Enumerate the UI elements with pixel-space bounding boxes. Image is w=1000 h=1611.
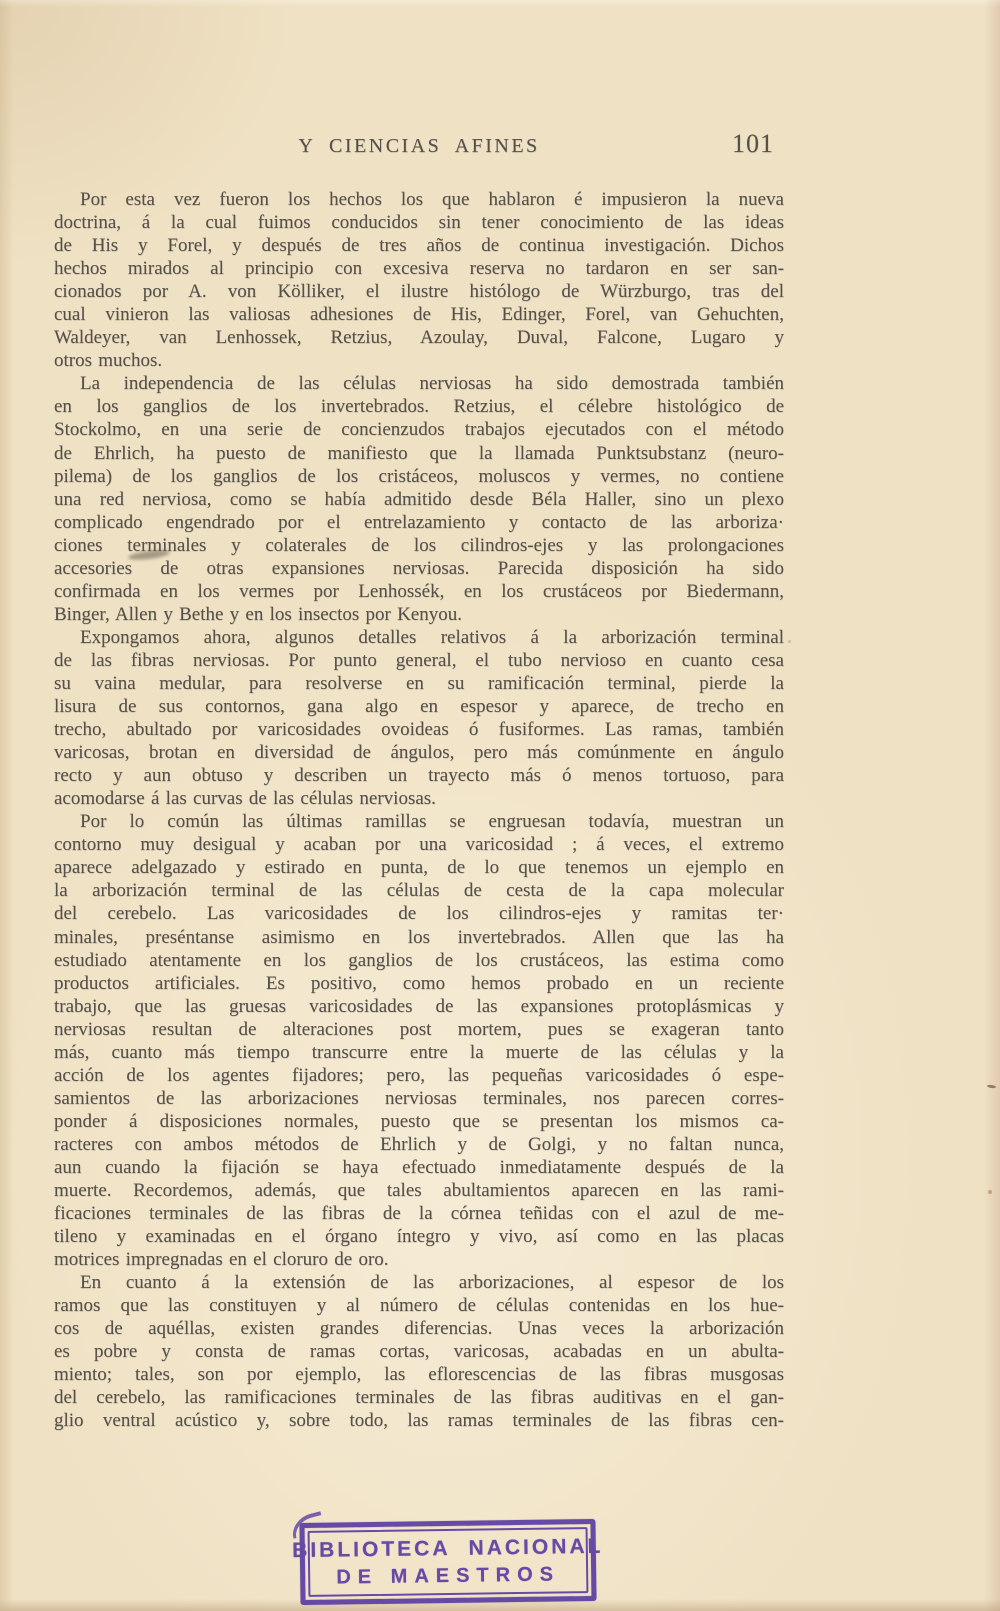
text-line: nerviosas resultan de alteraciones post …: [54, 1018, 784, 1041]
text-line: una red nerviosa, como se había admitido…: [54, 488, 784, 511]
text-line: cos de aquéllas, existen grandes diferen…: [54, 1317, 784, 1340]
text-line: glio ventral acústico y, sobre todo, las…: [54, 1409, 784, 1432]
text-line: aparece adelgazado y estirado en punta, …: [54, 856, 784, 879]
paragraph: La independencia de las células nerviosa…: [54, 372, 784, 626]
text-line: samientos de las arborizaciones nerviosa…: [54, 1087, 784, 1110]
text-line: de Ehrlich, ha puesto de manifiesto que …: [54, 442, 784, 465]
paper-speck: [988, 1190, 992, 1194]
text-line: acomodarse á las curvas de las células n…: [54, 787, 784, 810]
text-line: miento; tales, son por ejemplo, las eflo…: [54, 1363, 784, 1386]
text-line: más, cuanto más tiempo transcurre entre …: [54, 1041, 784, 1064]
text-line: ficaciones terminales de las fibras de l…: [54, 1202, 784, 1225]
text-line: acción de los agentes fijadores; pero, l…: [54, 1064, 784, 1087]
text-line: Stockolmo, en una serie de concienzudos …: [54, 418, 784, 441]
library-stamp: BIBLIOTECA NACIONAL DE MAESTROS: [299, 1519, 596, 1605]
text-line: Por esta vez fueron los hechos los que h…: [54, 188, 784, 211]
text-line: recto y aun obtuso y describen un trayec…: [54, 764, 784, 787]
text-line: ramos que las constituyen y al número de…: [54, 1294, 784, 1317]
text-line: contorno muy desigual y acaban por una v…: [54, 833, 784, 856]
paragraph: Por esta vez fueron los hechos los que h…: [54, 188, 784, 372]
text-line: Expongamos ahora, algunos detalles relat…: [54, 626, 784, 649]
text-line: del cerebelo. Las varicosidades de los c…: [54, 902, 784, 925]
text-line: cual vinieron las valiosas adhesiones de…: [54, 303, 784, 326]
text-line: varicosas, brotan en diversidad de ángul…: [54, 741, 784, 764]
running-title: Y CIENCIAS AFINES: [54, 133, 784, 159]
text-line: estudiado atentamente en los ganglios de…: [54, 949, 784, 972]
text-line: aun cuando la fijación se haya efectuado…: [54, 1156, 784, 1179]
text-line: la arborización terminal de las células …: [54, 879, 784, 902]
paper-speck: [788, 640, 791, 643]
text-line: doctrina, á la cual fuimos conducidos si…: [54, 211, 784, 234]
text-line: Por lo común las últimas ramillas se eng…: [54, 810, 784, 833]
text-line: su vaina medular, para resolverse en su …: [54, 672, 784, 695]
text-line: tileno y examinadas en el órgano íntegro…: [54, 1225, 784, 1248]
text-line: motrices impregnadas en el cloruro de or…: [54, 1248, 784, 1271]
library-stamp-frame: BIBLIOTECA NACIONAL DE MAESTROS: [308, 1527, 589, 1597]
text-line: Waldeyer, van Lenhossek, Retzius, Azoula…: [54, 326, 784, 349]
text-line: racteres con ambos métodos de Ehrlich y …: [54, 1133, 784, 1156]
text-line: En cuanto á la extensión de las arboriza…: [54, 1271, 784, 1294]
scanned-book-page: Y CIENCIAS AFINES 101 Por esta vez fuero…: [0, 0, 1000, 1611]
text-line: trecho, abultado por varicosidades ovoid…: [54, 718, 784, 741]
page-number: 101: [732, 129, 774, 159]
text-line: minales, preséntanse asimismo en los inv…: [54, 926, 784, 949]
text-line: complicado engendrado por el entrelazami…: [54, 511, 784, 534]
paper-speck: [987, 1084, 996, 1088]
text-line: Binger, Allen y Bethe y en los insectos …: [54, 603, 784, 626]
text-line: lisura de sus contornos, gana algo en es…: [54, 695, 784, 718]
paragraph: Expongamos ahora, algunos detalles relat…: [54, 626, 784, 810]
text-line: La independencia de las células nerviosa…: [54, 372, 784, 395]
stamp-text-line2: DE MAESTROS: [336, 1563, 560, 1589]
text-line: trabajo, que las gruesas varicosidades d…: [54, 995, 784, 1018]
text-line: es pobre y consta de ramas cortas, varic…: [54, 1340, 784, 1363]
text-line: accesories de otras expansiones nerviosa…: [54, 557, 784, 580]
text-line: cionados por A. von Kölliker, el ilustre…: [54, 280, 784, 303]
paragraph: Por lo común las últimas ramillas se eng…: [54, 810, 784, 1271]
paragraph: En cuanto á la extensión de las arboriza…: [54, 1271, 784, 1432]
text-line: de His y Forel, y después de tres años d…: [54, 234, 784, 257]
text-line: pilema) de los ganglios de los cristáceo…: [54, 465, 784, 488]
text-line: ponder á disposiciones normales, puesto …: [54, 1110, 784, 1133]
text-line: productos artificiales. Es positivo, com…: [54, 972, 784, 995]
text-line: de las fibras nerviosas. Por punto gener…: [54, 649, 784, 672]
text-line: confirmada en los vermes por Lenhossék, …: [54, 580, 784, 603]
text-line: muerte. Recordemos, además, que tales ab…: [54, 1179, 784, 1202]
page-header: Y CIENCIAS AFINES 101: [54, 133, 784, 163]
text-line: otros muchos.: [54, 349, 784, 372]
text-line: del cerebelo, las ramificaciones termina…: [54, 1386, 784, 1409]
text-line: hechos mirados al principio con excesiva…: [54, 257, 784, 280]
body-text: Por esta vez fueron los hechos los que h…: [54, 188, 784, 1433]
text-line: en los ganglios de los invertebrados. Re…: [54, 395, 784, 418]
stamp-text-line1: BIBLIOTECA NACIONAL: [292, 1534, 604, 1562]
